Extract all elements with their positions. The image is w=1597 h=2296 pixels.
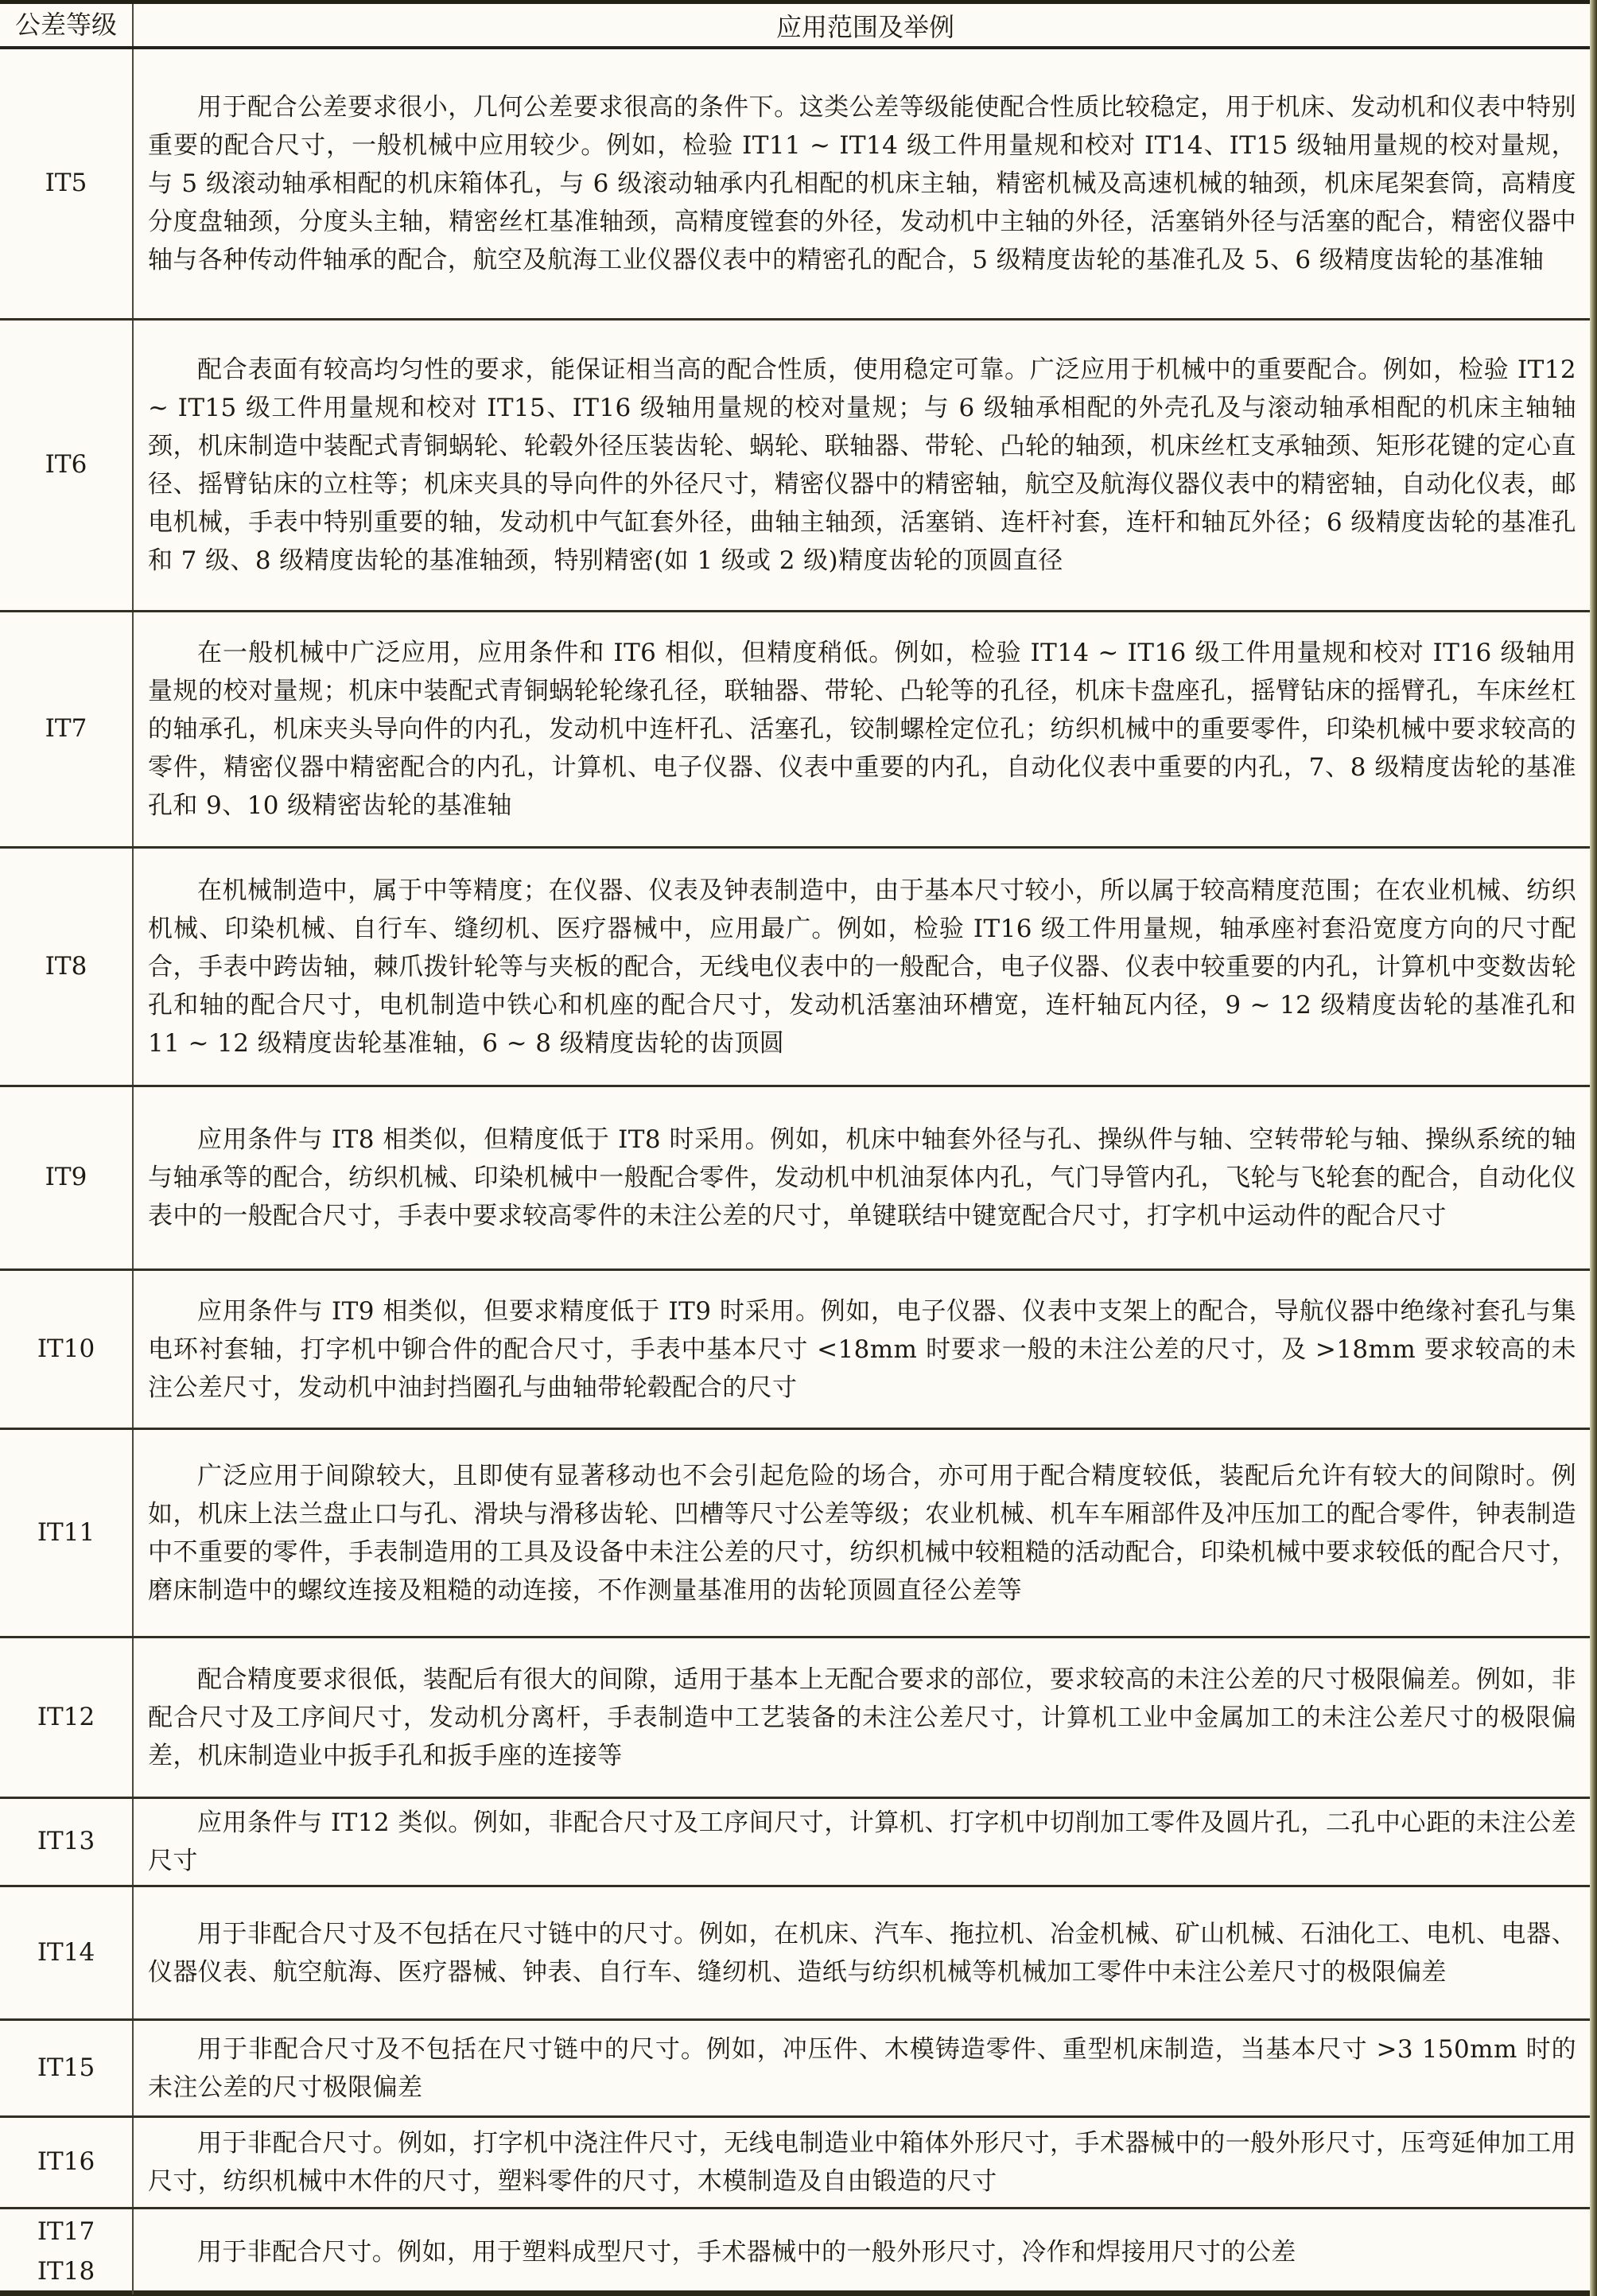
table-header-row: 公差等级 应用范围及举例 [0,4,1597,49]
grade-description: 配合表面有较高均匀性的要求，能保证相当高的配合性质，使用稳定可靠。广泛应用于机械… [148,351,1576,580]
grade-label: IT11 [0,1430,134,1636]
table-row: IT8 在机械制造中，属于中等精度；在仪器、仪表及钟表制造中，由于基本尺寸较小，… [0,849,1597,1087]
grade-label: IT15 [0,2021,134,2115]
table-row: IT9 应用条件与 IT8 相类似，但精度低于 IT8 时采用。例如，机床中轴套… [0,1087,1597,1271]
grade-description: 应用条件与 IT9 相类似，但要求精度低于 IT9 时采用。例如，电子仪器、仪表… [148,1292,1576,1407]
tolerance-grade-table: 公差等级 应用范围及举例 IT5 用于配合公差要求很小，几何公差要求很高的条件下… [0,0,1597,2296]
grade-description: 用于非配合尺寸及不包括在尺寸链中的尺寸。例如，在机床、汽车、拖拉机、冶金机械、矿… [148,1915,1576,1991]
grade-label: IT17 IT18 [0,2209,134,2294]
grade-label: IT13 [0,1799,134,1885]
table-row: IT11 广泛应用于间隙较大，且即使有显著移动也不会引起危险的场合，亦可用于配合… [0,1430,1597,1638]
grade-description: 配合精度要求很低，装配后有很大的间隙，适用于基本上无配合要求的部位，要求较高的未… [148,1661,1576,1775]
table-row: IT17 IT18 用于非配合尺寸。例如，用于塑料成型尺寸，手术器械中的一般外形… [0,2209,1597,2294]
table-row: IT10 应用条件与 IT9 相类似，但要求精度低于 IT9 时采用。例如，电子… [0,1271,1597,1430]
header-cell-scope: 应用范围及举例 [134,4,1597,46]
document-page: 公差等级 应用范围及举例 IT5 用于配合公差要求很小，几何公差要求很高的条件下… [0,0,1597,2296]
grade-description: 在一般机械中广泛应用，应用条件和 IT6 相似，但精度稍低。例如，检验 IT14… [148,634,1576,825]
grade-description: 用于非配合尺寸及不包括在尺寸链中的尺寸。例如，冲压件、木模铸造零件、重型机床制造… [148,2030,1576,2107]
grade-description: 用于配合公差要求很小，几何公差要求很高的条件下。这类公差等级能使配合性质比较稳定… [148,88,1576,279]
table-row: IT16 用于非配合尺寸。例如，打字机中浇注件尺寸，无线电制造业中箱体外形尺寸，… [0,2118,1597,2209]
grade-label: IT8 [0,849,134,1085]
header-cell-grade: 公差等级 [0,4,134,46]
grade-description: 用于非配合尺寸。例如，用于塑料成型尺寸，手术器械中的一般外形尺寸，冷作和焊接用尺… [148,2233,1296,2271]
grade-description: 应用条件与 IT8 相类似，但精度低于 IT8 时采用。例如，机床中轴套外径与孔… [148,1121,1576,1235]
table-row: IT7 在一般机械中广泛应用，应用条件和 IT6 相似，但精度稍低。例如，检验 … [0,612,1597,849]
grade-label: IT7 [0,612,134,846]
grade-description: 在机械制造中，属于中等精度；在仪器、仪表及钟表制造中，由于基本尺寸较小，所以属于… [148,872,1576,1063]
grade-description: 用于非配合尺寸。例如，打字机中浇注件尺寸，无线电制造业中箱体外形尺寸，手术器械中… [148,2124,1576,2201]
table-row: IT13 应用条件与 IT12 类似。例如，非配合尺寸及工序间尺寸，计算机、打字… [0,1799,1597,1887]
table-row: IT15 用于非配合尺寸及不包括在尺寸链中的尺寸。例如，冲压件、木模铸造零件、重… [0,2021,1597,2118]
table-row: IT6 配合表面有较高均匀性的要求，能保证相当高的配合性质，使用稳定可靠。广泛应… [0,321,1597,612]
table-row: IT12 配合精度要求很低，装配后有很大的间隙，适用于基本上无配合要求的部位，要… [0,1638,1597,1799]
grade-description: 应用条件与 IT12 类似。例如，非配合尺寸及工序间尺寸，计算机、打字机中切削加… [148,1804,1576,1880]
table-row: IT14 用于非配合尺寸及不包括在尺寸链中的尺寸。例如，在机床、汽车、拖拉机、冶… [0,1887,1597,2021]
scan-edge-shadow [1590,0,1597,2296]
grade-label: IT6 [0,321,134,610]
grade-label: IT12 [0,1638,134,1797]
grade-label: IT5 [0,49,134,318]
grade-label: IT14 [0,1887,134,2018]
table-row: IT5 用于配合公差要求很小，几何公差要求很高的条件下。这类公差等级能使配合性质… [0,49,1597,321]
grade-label: IT10 [0,1271,134,1428]
grade-label: IT9 [0,1087,134,1268]
grade-label: IT16 [0,2118,134,2207]
grade-description: 广泛应用于间隙较大，且即使有显著移动也不会引起危险的场合，亦可用于配合精度较低，… [148,1457,1576,1610]
